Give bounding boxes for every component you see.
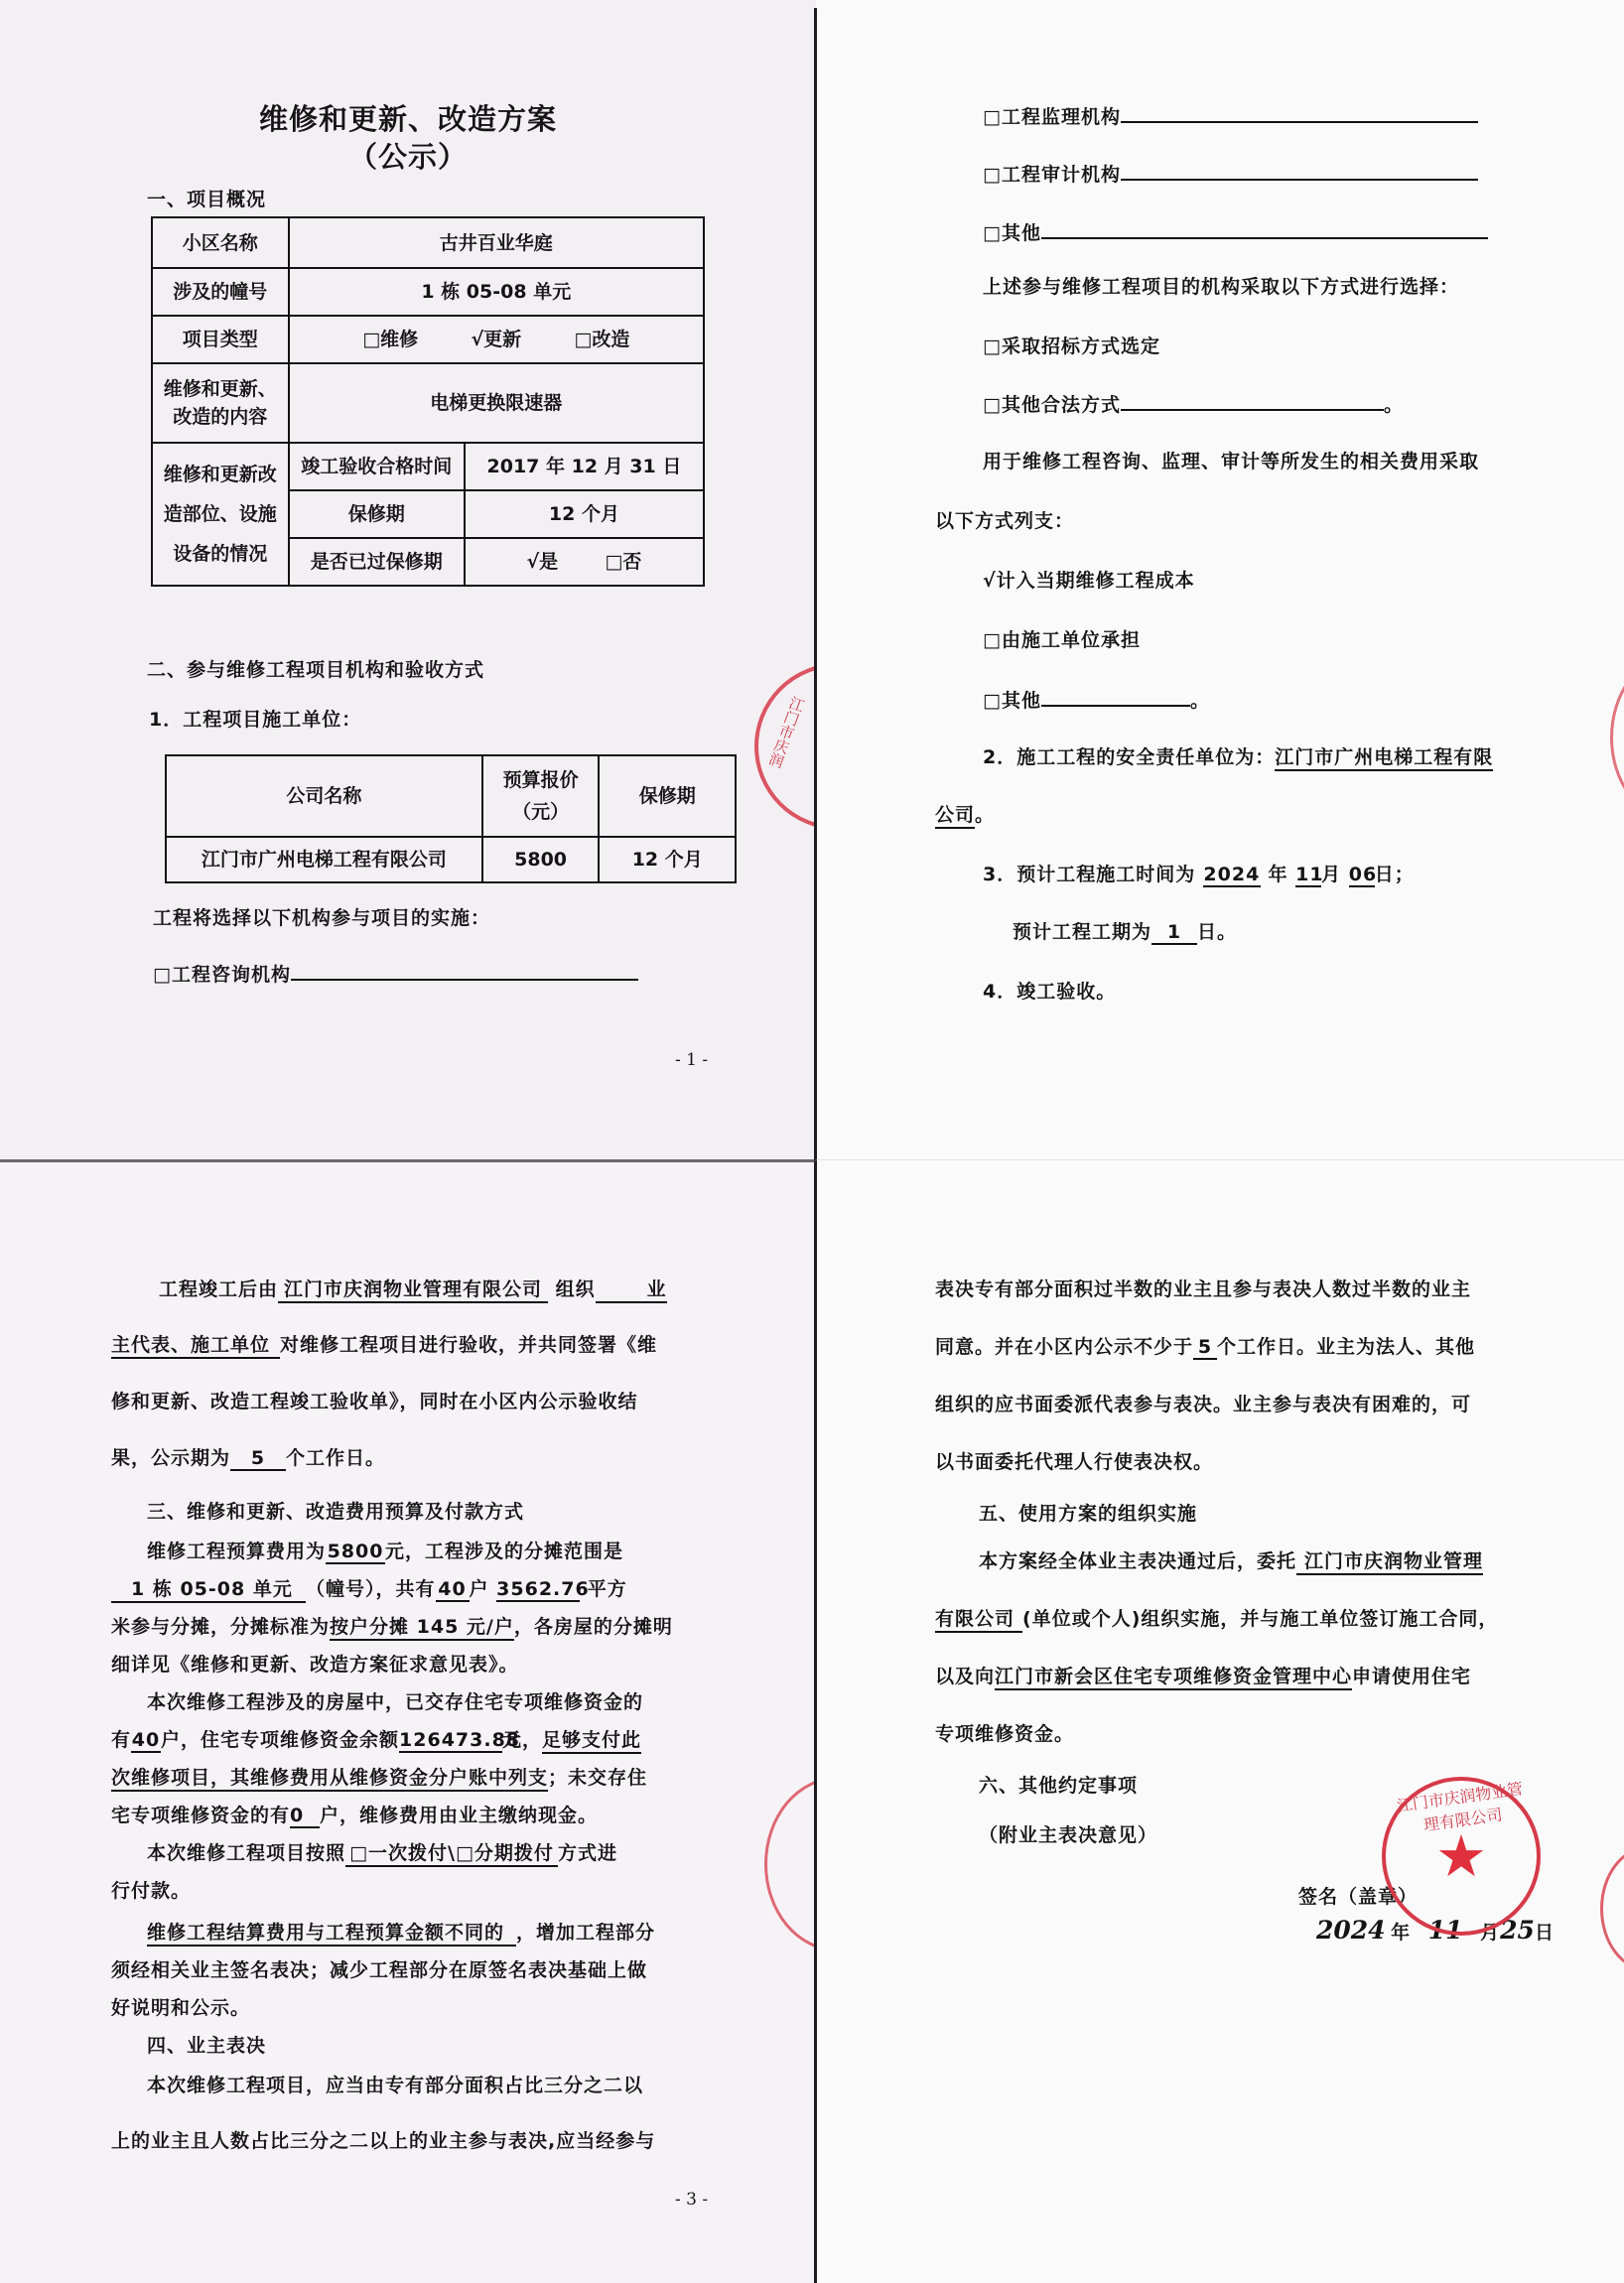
- fund-households: 40: [131, 1729, 161, 1753]
- cost-option-other-blank: [1041, 685, 1190, 707]
- duration-prefix: 预计工程工期为: [1013, 921, 1151, 943]
- implementation-org-cont: 有限公司: [935, 1604, 1022, 1633]
- implementation-apply-prefix: 以及向: [935, 1666, 995, 1687]
- sign-day-label: 日: [1535, 1922, 1555, 1944]
- type-option-repair: □维修: [362, 329, 418, 350]
- cost-intro-line-1: 用于维修工程咨询、监理、审计等所发生的相关费用采取: [983, 447, 1479, 473]
- selection-intro: 上述参与维修工程项目的机构采取以下方式进行选择：: [983, 272, 1459, 299]
- vote-cont-line-4: 以书面委托代理人行使表决权。: [935, 1447, 1213, 1474]
- item-1-heading: 1．工程项目施工单位：: [149, 705, 361, 732]
- allocation-standard: 按户分摊 145 元/户: [330, 1612, 514, 1641]
- acceptance-label: 竣工验收合格时间: [289, 443, 465, 490]
- payment-suffix: 方式进: [558, 1842, 617, 1864]
- document-subtitle: （公示）: [0, 135, 816, 176]
- section-6-heading: 六、其他约定事项: [979, 1771, 1138, 1798]
- vote-cont-line-3: 组织的应书面委派代表参与表决。业主参与表决有困难的，可: [935, 1390, 1471, 1416]
- document-title: 维修和更新、改造方案: [0, 97, 816, 138]
- safety-prefix: 2．施工工程的安全责任单位为：: [983, 746, 1275, 768]
- consulting-blank: [291, 959, 638, 981]
- payment-line-2: 行付款。: [111, 1876, 191, 1903]
- page-number-1: - 1 -: [675, 1050, 708, 1070]
- type-option-renovate: □改造: [574, 329, 629, 350]
- page-divider-horizontal-right: [816, 1159, 1624, 1160]
- content-label: 维修和更新、 改造的内容: [152, 363, 289, 443]
- payment-prefix: 本次维修工程项目按照: [147, 1842, 345, 1864]
- header-price-line-2: （元）: [487, 796, 595, 828]
- acceptance-prefix: 工程竣工后由: [159, 1278, 278, 1300]
- table-row: 江门市广州电梯工程有限公司 5800 12 个月: [166, 837, 736, 882]
- acceptance-value: 2017 年 12 月 31 日: [465, 443, 704, 490]
- content-value: 电梯更换限速器: [289, 363, 704, 443]
- fund-management-center: 江门市新会区住宅专项维修资金管理中心: [995, 1662, 1352, 1690]
- settlement-increase: ，增加工程部分: [516, 1922, 655, 1944]
- duration-line: 预计工程工期为1日。: [1013, 917, 1237, 945]
- vote-line-1: 本次维修工程项目，应当由专有部分面积占比三分之二以: [147, 2071, 643, 2097]
- page-divider-vertical: [814, 8, 817, 2283]
- section-1-heading: 一、项目概况: [147, 185, 266, 211]
- budget-line: 维修工程预算费用为5800元，工程涉及的分摊范围是: [147, 1537, 623, 1564]
- start-year: 2024: [1203, 864, 1261, 887]
- document-page-3: 工程竣工后由江门市庆润物业管理有限公司 组织业 主代表、施工单位对维修工程项目进…: [0, 1161, 816, 2283]
- other-legal-label: □其他合法方式: [983, 394, 1121, 416]
- section-4-heading: 四、业主表决: [147, 2031, 266, 2058]
- start-year-label: 年: [1268, 864, 1287, 885]
- cost-option-other-label: □其他: [983, 690, 1041, 712]
- area-value: 3562.76: [496, 1578, 580, 1602]
- start-day: 06: [1349, 864, 1375, 887]
- warranty-value: 12 个月: [465, 490, 704, 538]
- fund-sufficient-cont: 次维修项目，其维修费用从维修资金分户账中列支: [111, 1763, 548, 1792]
- area-unit: 平方: [588, 1578, 627, 1600]
- acceptance-parties: 主代表、施工单位: [111, 1330, 280, 1359]
- expired-label: 是否已过保修期: [289, 538, 465, 586]
- implementation-apply-suffix: 申请使用住宅: [1352, 1666, 1471, 1687]
- supervision-option: □工程监理机构: [983, 101, 1478, 129]
- publicity-min-days: 5: [1193, 1336, 1217, 1360]
- unpaid-suffix: 户，维修费用由业主缴纳现金。: [320, 1805, 598, 1826]
- allocation-prefix: 米参与分摊，分摊标准为: [111, 1616, 330, 1638]
- expired-yes: √是: [526, 551, 558, 573]
- budget-mid: 元，工程涉及的分摊范围是: [385, 1541, 623, 1562]
- bidding-option: □采取招标方式选定: [983, 332, 1160, 358]
- content-label-line-2: 改造的内容: [157, 403, 284, 431]
- budget-value: 5800: [326, 1541, 385, 1564]
- payment-line: 本次维修工程项目按照□一次拨付\□分期拨付方式进: [147, 1838, 617, 1867]
- implementation-org: 江门市庆润物业管理: [1296, 1546, 1483, 1575]
- project-overview-table: 小区名称 古井百业华庭 涉及的幢号 1 栋 05-08 单元 项目类型 □维修 …: [151, 216, 705, 587]
- start-time-line: 3．预计工程施工时间为 2024 年 11月 06日；: [983, 860, 1415, 887]
- other-legal-period: 。: [1384, 394, 1404, 416]
- fund-unit: 元，: [502, 1729, 542, 1751]
- contractor-table: 公司名称 预算报价 （元） 保修期 江门市广州电梯工程有限公司 5800 12 …: [165, 754, 737, 883]
- other-org-label: □其他: [983, 222, 1041, 244]
- safety-period: 。: [975, 804, 995, 826]
- safety-unit-name-cont: 公司: [935, 800, 975, 829]
- fund-balance-label: 户，住宅专项维修资金余额: [161, 1729, 399, 1751]
- unpaid-households: 0: [290, 1805, 320, 1828]
- header-company: 公司名称: [166, 755, 482, 837]
- header-price-line-1: 预算报价: [487, 764, 595, 796]
- start-day-label: 日；: [1375, 864, 1415, 885]
- publicity-days: 5: [230, 1447, 286, 1471]
- facility-label-line-2: 造部位、设施: [157, 494, 284, 534]
- cost-option-project: √计入当期维修工程成本: [983, 566, 1195, 593]
- safety-unit-line-2: 公司。: [935, 800, 995, 829]
- sign-year-label: 年: [1391, 1922, 1411, 1944]
- cost-intro-line-2: 以下方式列支：: [935, 506, 1074, 533]
- implementation-mid: (单位或个人)组织实施，并与施工单位签订施工合同，: [1022, 1608, 1498, 1630]
- header-warranty: 保修期: [599, 755, 736, 837]
- cost-option-other-period: 。: [1190, 690, 1210, 712]
- facility-label-line-3: 设备的情况: [157, 534, 284, 574]
- start-month: 11: [1295, 864, 1321, 887]
- settlement-condition: 维修工程结算费用与工程预算金额不同的: [147, 1918, 516, 1947]
- unpaid-label: 宅专项维修资金的有: [111, 1805, 290, 1826]
- other-org-option: □其他: [983, 217, 1488, 245]
- expired-value: √是 □否: [465, 538, 704, 586]
- supervision-label: □工程监理机构: [983, 106, 1121, 128]
- other-legal-blank: [1121, 389, 1384, 411]
- fund-prefix: 有: [111, 1729, 131, 1751]
- community-value: 古井百业华庭: [289, 217, 704, 268]
- duration-value: 1: [1151, 921, 1197, 945]
- acceptance-para-line-3: 修和更新、改造工程竣工验收单》，同时在小区内公示验收结: [111, 1387, 638, 1413]
- document-page-2: □工程监理机构 □工程审计机构 □其他 上述参与维修工程项目的机构采取以下方式进…: [816, 0, 1624, 1161]
- duration-suffix: 日。: [1197, 921, 1237, 943]
- section-2-heading: 二、参与维修工程项目机构和验收方式: [147, 655, 484, 682]
- company-stamp-partial-2: [764, 1777, 816, 1951]
- sign-year: 2024: [1316, 1916, 1386, 1945]
- expired-no: □否: [605, 551, 641, 573]
- acceptance-parties-start: 业: [596, 1275, 667, 1303]
- content-label-line-1: 维修和更新、: [157, 375, 284, 403]
- vote-line-2: 上的业主且人数占比三分之二以上的业主参与表决,应当经参与: [111, 2126, 655, 2153]
- building-value: 1 栋 05-08 单元: [289, 268, 704, 316]
- start-month-label: 月: [1321, 864, 1341, 885]
- acceptance-para-line-4: 果，公示期为5个工作日。: [111, 1443, 385, 1471]
- settlement-line-1: 维修工程结算费用与工程预算金额不同的，增加工程部分: [147, 1918, 655, 1947]
- warranty-label: 保修期: [289, 490, 465, 538]
- implementation-line-4: 专项维修资金。: [935, 1719, 1074, 1746]
- attachment-note: （附业主表决意见）: [979, 1820, 1157, 1847]
- project-type-label: 项目类型: [152, 316, 289, 363]
- fund-unpaid-prefix: ；未交存住: [548, 1767, 647, 1789]
- section-5-heading: 五、使用方案的组织实施: [979, 1499, 1197, 1526]
- project-type-options: □维修 √更新 □改造: [289, 316, 704, 363]
- document-page-1: 维修和更新、改造方案 （公示） 一、项目概况 小区名称 古井百业华庭 涉及的幢号…: [0, 0, 816, 1161]
- company-name: 江门市广州电梯工程有限公司: [166, 837, 482, 882]
- audit-blank: [1121, 159, 1478, 181]
- allocation-detail-line: 细详见《维修和更新、改造方案征求意见表》。: [111, 1650, 519, 1677]
- safety-unit-name: 江门市广州电梯工程有限: [1275, 742, 1493, 771]
- implementation-line-3: 以及向江门市新会区住宅专项维修资金管理中心申请使用住宅: [935, 1662, 1471, 1690]
- acceptance-text-2: 对维修工程项目进行验收，并共同签署《维: [280, 1334, 657, 1356]
- edge-stamp-partial-2: [1600, 1846, 1624, 1971]
- company-warranty: 12 个月: [599, 837, 736, 882]
- page-number-3: - 3 -: [675, 2190, 708, 2210]
- facility-label: 维修和更新改 造部位、设施 设备的情况: [152, 443, 289, 586]
- payment-method: □一次拨付\□分期拨付: [345, 1838, 558, 1867]
- page-divider-horizontal: [0, 1159, 816, 1162]
- section-3-heading: 三、维修和更新、改造费用预算及付款方式: [147, 1497, 524, 1524]
- fund-sufficient: 足够支付此: [542, 1725, 641, 1754]
- document-page-4: 表决专有部分面积过半数的业主且参与表决人数过半数的业主 同意。并在小区内公示不少…: [816, 1161, 1624, 2283]
- consulting-label: □工程咨询机构: [153, 964, 291, 986]
- fund-line-1: 本次维修工程涉及的房屋中，已交存住宅专项维修资金的: [147, 1687, 643, 1714]
- households-unit: 户: [470, 1578, 489, 1600]
- edge-stamp-partial: [1610, 655, 1624, 820]
- budget-prefix: 维修工程预算费用为: [147, 1541, 326, 1562]
- vote-cont-line-2: 同意。并在小区内公示不少于5个工作日。业主为法人、其他: [935, 1332, 1475, 1360]
- type-option-update: √更新: [471, 329, 521, 350]
- supervision-blank: [1121, 101, 1478, 123]
- scope-mid: （幢号），共有: [306, 1578, 436, 1600]
- implementation-line-2: 有限公司(单位或个人)组织实施，并与施工单位签订施工合同，: [935, 1604, 1498, 1633]
- allocation-line: 米参与分摊，分摊标准为按户分摊 145 元/户，各房屋的分摊明: [111, 1612, 673, 1641]
- company-price: 5800: [482, 837, 600, 882]
- scope-line: 1 栋 05-08 单元（幢号），共有40户 3562.76 平方: [111, 1574, 627, 1603]
- cost-option-contractor: □由施工单位承担: [983, 625, 1141, 652]
- audit-label: □工程审计机构: [983, 164, 1121, 186]
- publicity-min-suffix: 个工作日。业主为法人、其他: [1217, 1336, 1475, 1358]
- publicity-suffix: 个工作日。: [286, 1447, 385, 1469]
- publicity-prefix: 果，公示期为: [111, 1447, 230, 1469]
- cost-option-other: □其他。: [983, 685, 1210, 713]
- facility-label-line-1: 维修和更新改: [157, 455, 284, 494]
- publicity-min-prefix: 同意。并在小区内公示不少于: [935, 1336, 1193, 1358]
- fund-line-3: 次维修项目，其维修费用从维修资金分户账中列支；未交存住: [111, 1763, 647, 1792]
- select-intro: 工程将选择以下机构参与项目的实施：: [153, 903, 490, 930]
- implementation-prefix: 本方案经全体业主表决通过后，委托: [979, 1550, 1296, 1572]
- scope-value: 1 栋 05-08 单元: [111, 1574, 306, 1603]
- audit-option: □工程审计机构: [983, 159, 1478, 187]
- item-4-acceptance: 4．竣工验收。: [983, 977, 1116, 1004]
- acceptance-org: 江门市庆润物业管理有限公司: [278, 1275, 548, 1303]
- households-count: 40: [436, 1578, 470, 1602]
- building-label: 涉及的幢号: [152, 268, 289, 316]
- other-legal-option: □其他合法方式。: [983, 389, 1404, 417]
- header-price: 预算报价 （元）: [482, 755, 600, 837]
- start-time-prefix: 3．预计工程施工时间为: [983, 864, 1195, 885]
- consulting-option: □工程咨询机构: [153, 959, 638, 987]
- acceptance-para-line-1: 工程竣工后由江门市庆润物业管理有限公司 组织业: [159, 1275, 667, 1303]
- fund-balance: 126473.88: [399, 1729, 502, 1753]
- other-org-blank: [1041, 217, 1488, 239]
- allocation-suffix: ，各房屋的分摊明: [514, 1616, 673, 1638]
- vote-cont-line-1: 表决专有部分面积过半数的业主且参与表决人数过半数的业主: [935, 1275, 1471, 1301]
- fund-line-4: 宅专项维修资金的有0户，维修费用由业主缴纳现金。: [111, 1801, 598, 1828]
- community-label: 小区名称: [152, 217, 289, 268]
- implementation-line-1: 本方案经全体业主表决通过后，委托江门市庆润物业管理: [979, 1546, 1483, 1575]
- settlement-line-2: 须经相关业主签名表决；减少工程部分在原签名表决基础上做: [111, 1955, 647, 1982]
- fund-line-2: 有40户，住宅专项维修资金余额126473.88元，足够支付此: [111, 1725, 641, 1754]
- acceptance-mid: 组织: [556, 1278, 596, 1300]
- acceptance-para-line-2: 主代表、施工单位对维修工程项目进行验收，并共同签署《维: [111, 1330, 657, 1359]
- settlement-line-3: 好说明和公示。: [111, 1993, 250, 2020]
- safety-unit-line-1: 2．施工工程的安全责任单位为：江门市广州电梯工程有限: [983, 742, 1493, 771]
